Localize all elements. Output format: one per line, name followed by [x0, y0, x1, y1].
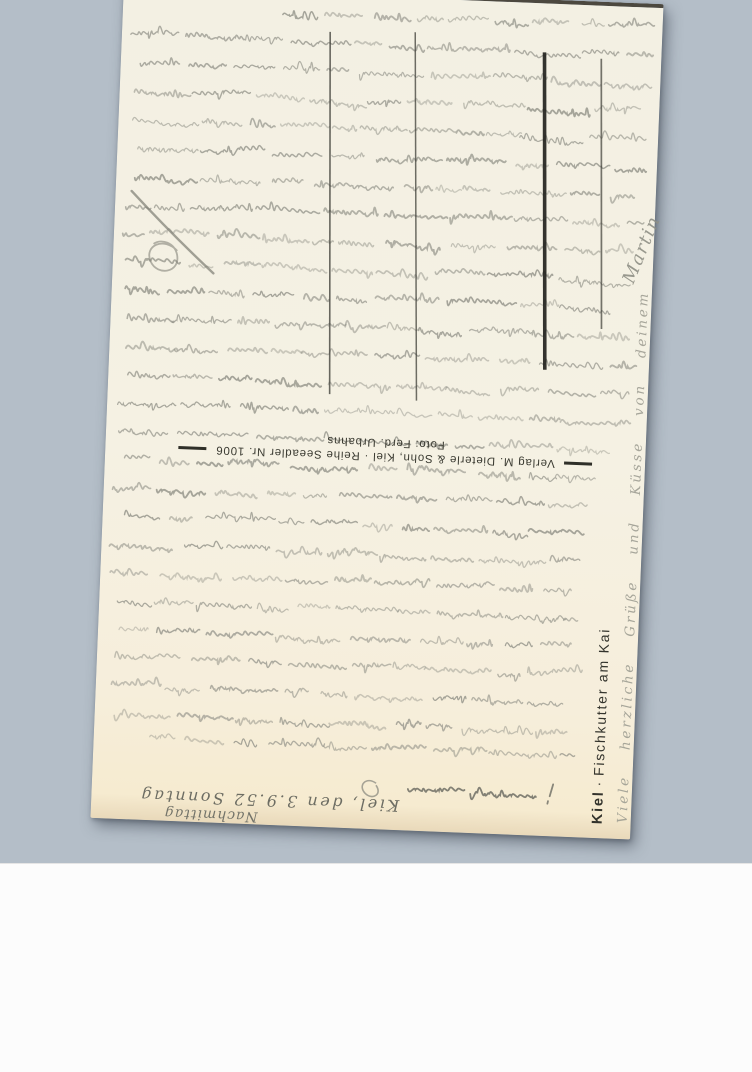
postcard-back: Verlag M. Dieterle & Sohn, Kiel · Reihe …	[90, 0, 663, 839]
handwriting-scribbles	[90, 0, 663, 843]
imprint-rule-left	[564, 462, 592, 466]
caption-title: Fischkutter am Kai	[591, 627, 613, 776]
imprint-rule-right	[178, 447, 206, 451]
page-lower-background	[0, 863, 752, 1072]
postcard-photo-scene: Verlag M. Dieterle & Sohn, Kiel · Reihe …	[0, 0, 752, 1072]
caption-city: Kiel	[590, 790, 607, 824]
caption-separator: ·	[590, 776, 607, 791]
pencil-flourishes	[108, 191, 577, 804]
